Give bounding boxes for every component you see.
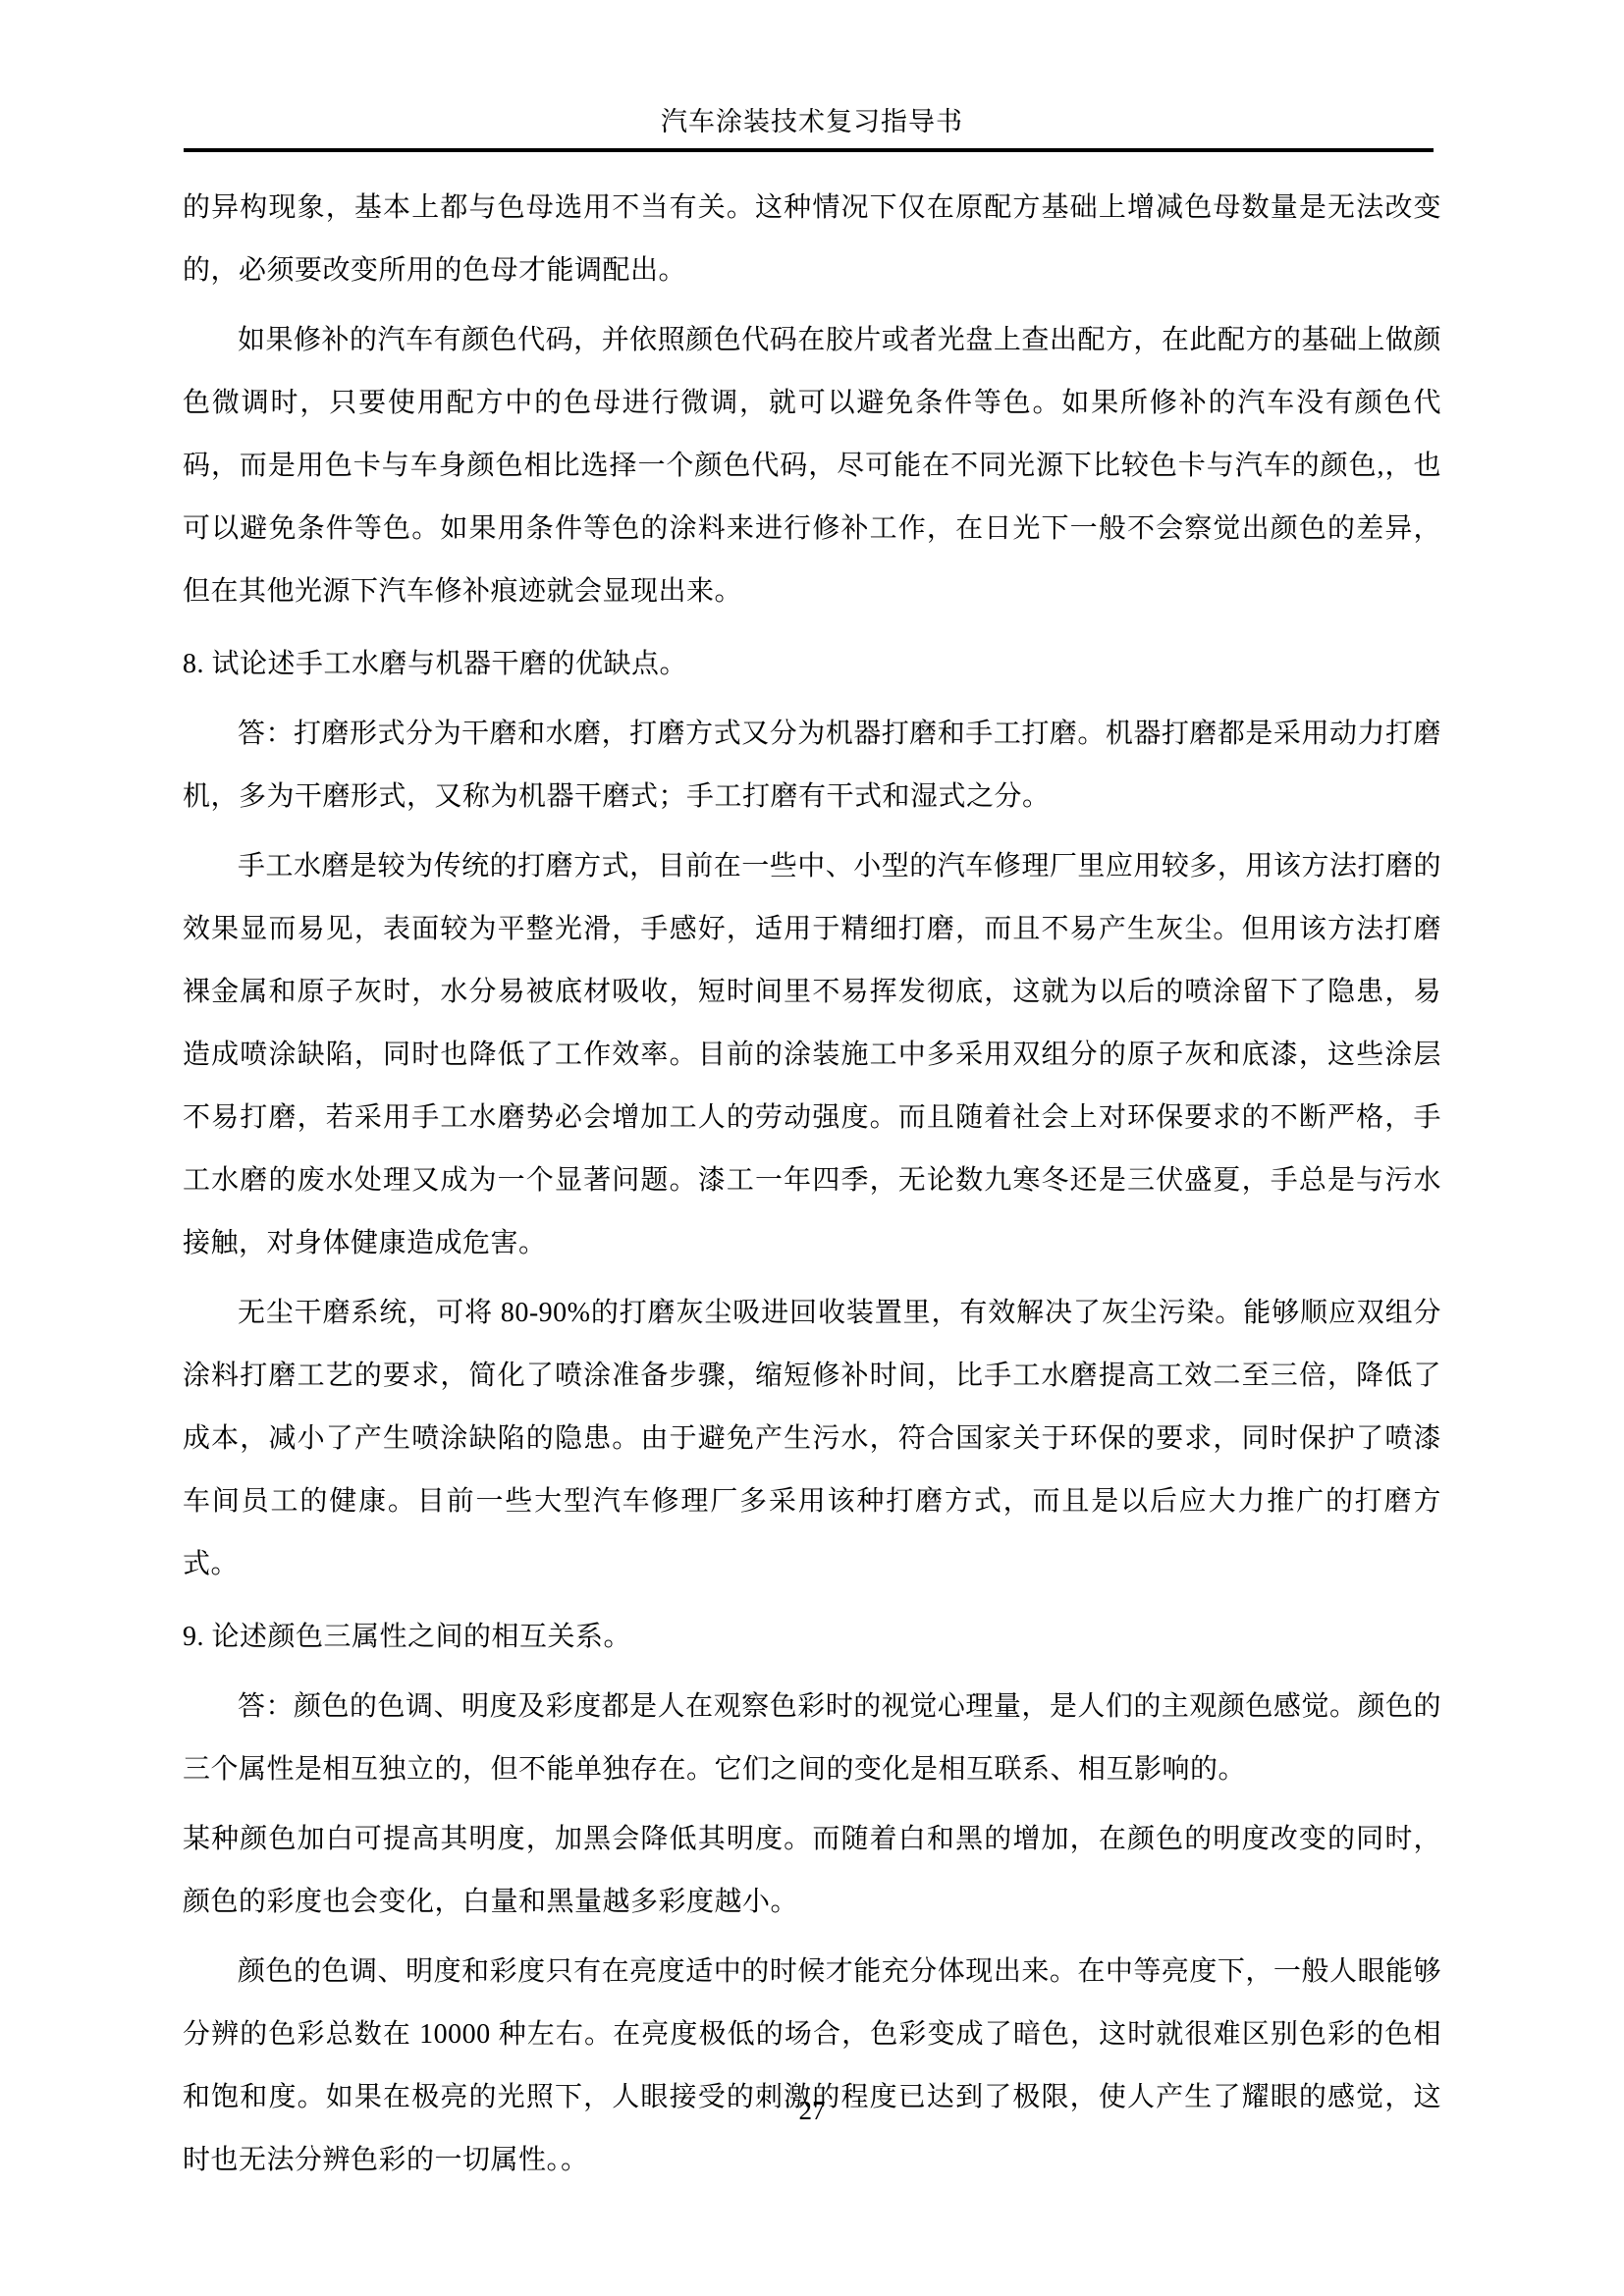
answer-9-intro: 答：颜色的色调、明度及彩度都是人在观察色彩时的视觉心理量，是人们的主观颜色感觉。… [183, 1676, 1441, 1801]
paragraph-color-code: 如果修补的汽车有颜色代码，并依照颜色代码在胶片或者光盘上查出配方，在此配方的基础… [183, 309, 1441, 623]
paragraph-lightness-change: 某种颜色加白可提高其明度，加黑会降低其明度。而随着白和黑的增加，在颜色的明度改变… [183, 1808, 1441, 1934]
running-header-title: 汽车涂装技术复习指导书 [183, 104, 1441, 139]
paragraph-continuation: 的异构现象，基本上都与色母选用不当有关。这种情况下仅在原配方基础上增减色母数量是… [183, 177, 1441, 302]
page-number: 27 [0, 2093, 1624, 2128]
document-page: 汽车涂装技术复习指导书 的异构现象，基本上都与色母选用不当有关。这种情况下仅在原… [0, 0, 1624, 2296]
header-rule-divider [184, 148, 1434, 152]
question-9-heading: 9. 论述颜色三属性之间的相互关系。 [183, 1606, 1441, 1669]
paragraph-brightness-conditions: 颜色的色调、明度和彩度只有在亮度适中的时候才能充分体现出来。在中等亮度下，一般人… [183, 1941, 1441, 2192]
paragraph-hand-wet-sanding: 手工水磨是较为传统的打磨方式，目前在一些中、小型的汽车修理厂里应用较多，用该方法… [183, 835, 1441, 1275]
question-8-heading: 8. 试论述手工水磨与机器干磨的优缺点。 [183, 633, 1441, 696]
paragraph-dust-free-dry-sanding: 无尘干磨系统，可将 80-90%的打磨灰尘吸进回收装置里，有效解决了灰尘污染。能… [183, 1282, 1441, 1596]
answer-8-intro: 答：打磨形式分为干磨和水磨，打磨方式又分为机器打磨和手工打磨。机器打磨都是采用动… [183, 703, 1441, 828]
page-body: 的异构现象，基本上都与色母选用不当有关。这种情况下仅在原配方基础上增减色母数量是… [183, 177, 1441, 2199]
